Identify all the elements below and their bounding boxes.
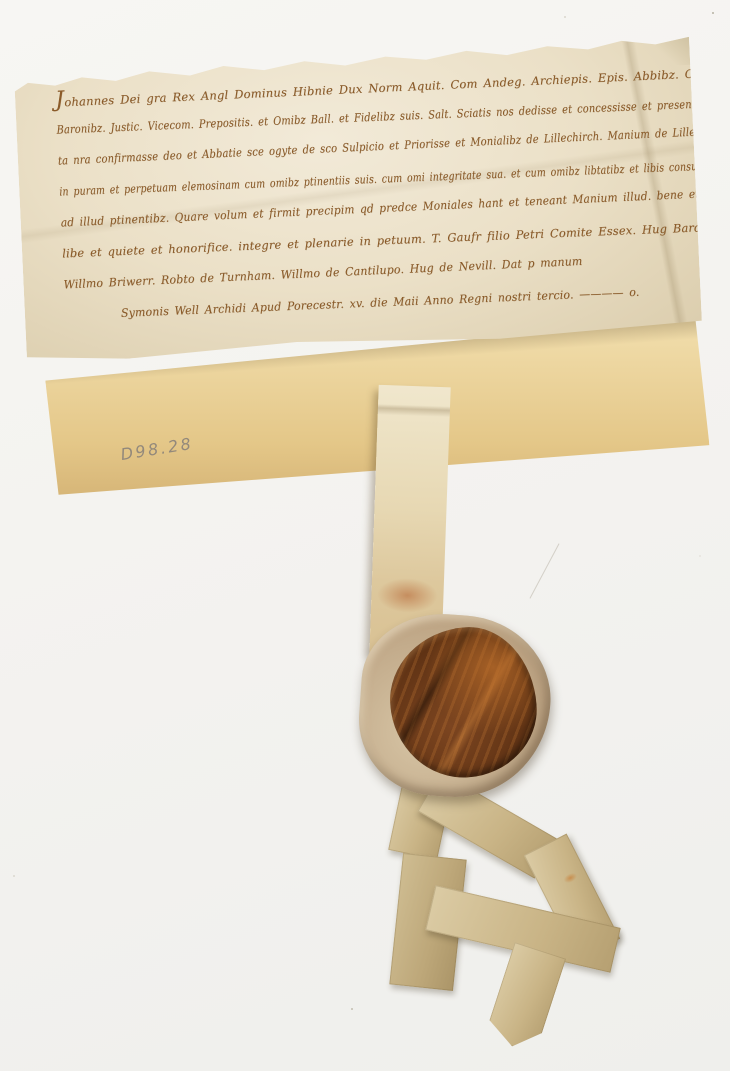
shelfmark-pencil: D98.28: [119, 434, 194, 464]
charter-parchment: Johannes Dei gra Rex Angl Dominus Hibnie…: [14, 35, 703, 363]
seal-impression: [385, 623, 541, 783]
